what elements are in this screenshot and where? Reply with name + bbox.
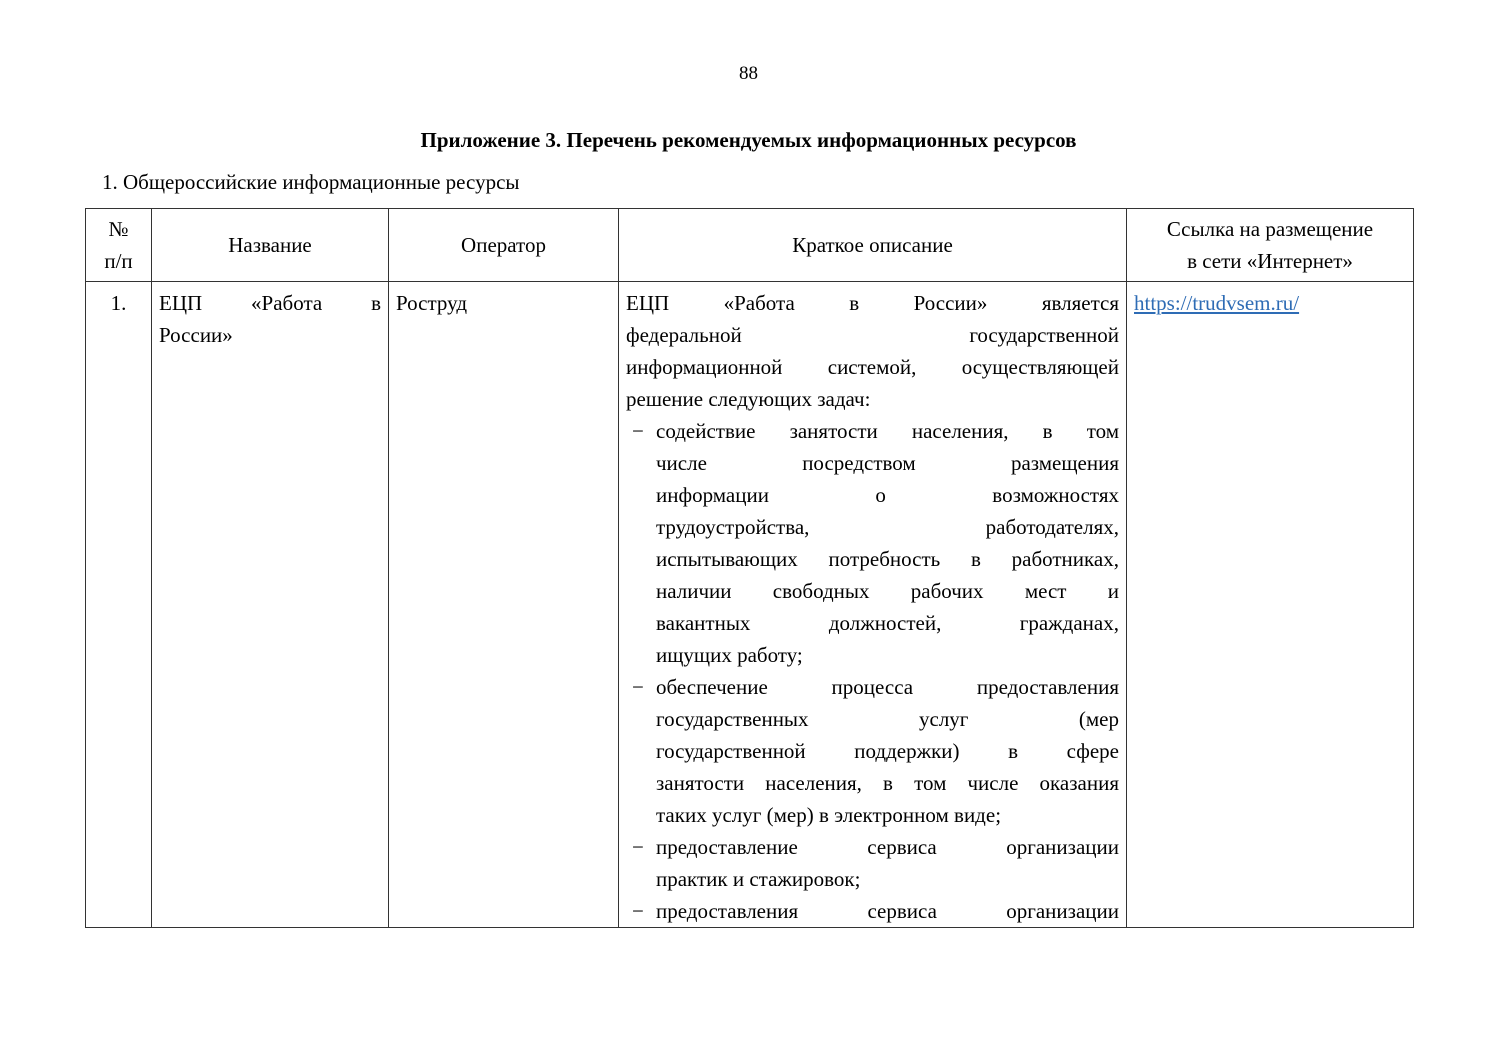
description-bullet-item: −предоставления сервиса организации [626, 895, 1119, 927]
description-line: федеральной государственной [626, 319, 1119, 351]
bullet-line: занятости населения, в том числе оказани… [656, 767, 1119, 799]
header-name: Название [152, 209, 389, 282]
bullet-line: государственных услуг (мер [656, 703, 1119, 735]
bullet-dash-icon: − [632, 415, 644, 447]
bullet-line: информации о возможностях [656, 479, 1119, 511]
page-title: Приложение 3. Перечень рекомендуемых инф… [0, 128, 1497, 153]
table-header-row: № п/п Название Оператор Краткое описание… [86, 209, 1414, 282]
header-number-line2: п/п [104, 249, 132, 273]
section-heading: 1. Общероссийские информационные ресурсы [102, 170, 520, 195]
cell-description: ЕЦП «Работа в России» являетсяфедерально… [619, 282, 1127, 928]
description-line: решение следующих задач: [626, 383, 1119, 415]
header-link-line2: в сети «Интернет» [1187, 249, 1353, 273]
cell-number: 1. [86, 282, 152, 928]
bullet-line: ищущих работу; [656, 639, 1119, 671]
bullet-line: практик и стажировок; [656, 863, 1119, 895]
header-number: № п/п [86, 209, 152, 282]
bullet-line: предоставления сервиса организации [656, 895, 1119, 927]
description-line: информационной системой, осуществляющей [626, 351, 1119, 383]
bullet-line: обеспечение процесса предоставления [656, 671, 1119, 703]
trudvsem-link[interactable]: https://trudvsem.ru/ [1134, 291, 1299, 315]
header-link-line1: Ссылка на размещение [1167, 217, 1373, 241]
cell-operator: Роструд [389, 282, 619, 928]
cell-name: ЕЦП «Работа в России» [152, 282, 389, 928]
bullet-dash-icon: − [632, 831, 644, 863]
bullet-line: вакантных должностей, гражданах, [656, 607, 1119, 639]
bullet-line: предоставление сервиса организации [656, 831, 1119, 863]
table-row: 1. ЕЦП «Работа в России» Роструд ЕЦП «Ра… [86, 282, 1414, 928]
header-description: Краткое описание [619, 209, 1127, 282]
header-link: Ссылка на размещение в сети «Интернет» [1127, 209, 1414, 282]
bullet-line: числе посредством размещения [656, 447, 1119, 479]
cell-link: https://trudvsem.ru/ [1127, 282, 1414, 928]
resources-table: № п/п Название Оператор Краткое описание… [85, 208, 1414, 928]
bullet-dash-icon: − [632, 895, 644, 927]
bullet-line: испытывающих потребность в работниках, [656, 543, 1119, 575]
description-bullet-item: −предоставление сервиса организациипракт… [626, 831, 1119, 895]
bullet-line: наличии свободных рабочих мест и [656, 575, 1119, 607]
page-number: 88 [0, 63, 1497, 85]
description-bullet-item: −обеспечение процесса предоставлениягосу… [626, 671, 1119, 831]
bullet-line: таких услуг (мер) в электронном виде; [656, 799, 1119, 831]
description-intro: ЕЦП «Работа в России» являетсяфедерально… [626, 287, 1119, 415]
bullet-dash-icon: − [632, 671, 644, 703]
header-operator: Оператор [389, 209, 619, 282]
description-line: ЕЦП «Работа в России» является [626, 287, 1119, 319]
bullet-line: государственной поддержки) в сфере [656, 735, 1119, 767]
description-bullet-item: −содействие занятости населения, в томчи… [626, 415, 1119, 671]
header-number-line1: № [108, 217, 128, 241]
bullet-line: трудоустройства, работодателях, [656, 511, 1119, 543]
bullet-line: содействие занятости населения, в том [656, 415, 1119, 447]
name-line: ЕЦП «Работа в [159, 287, 381, 319]
name-line: России» [159, 319, 381, 351]
description-bullets: −содействие занятости населения, в томчи… [626, 415, 1119, 927]
